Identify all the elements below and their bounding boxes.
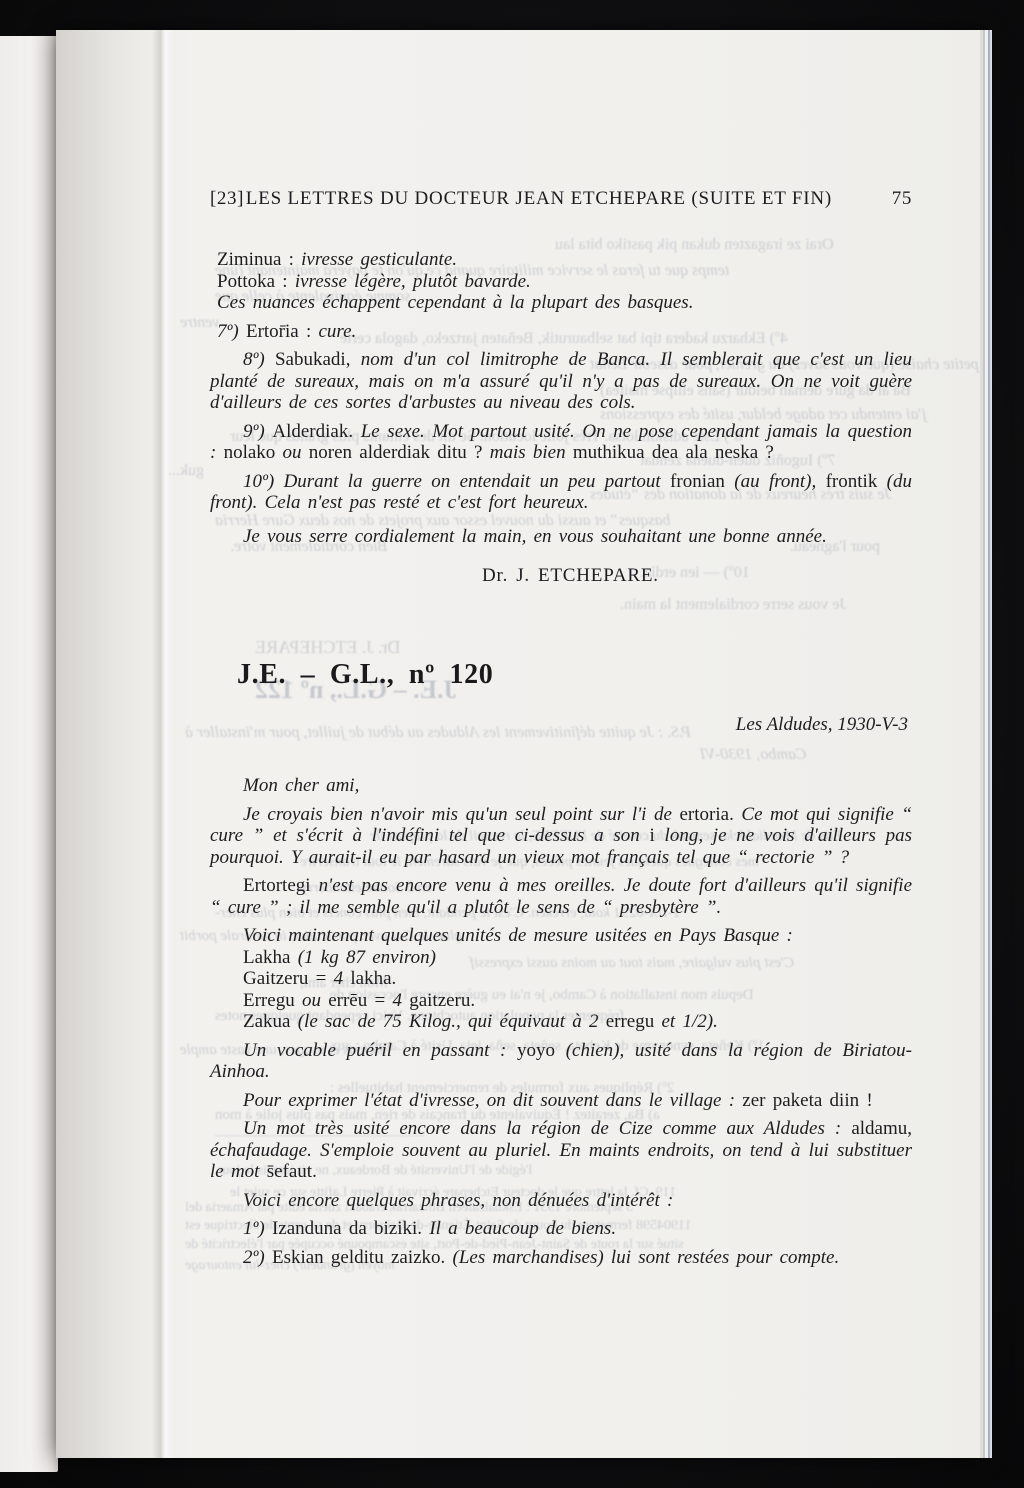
text-run: Erregu — [243, 990, 302, 1011]
signature: Dr. J. ETCHEPARE. — [210, 565, 912, 587]
text-run: Ces nuances échappent cependant à la plu… — [217, 292, 693, 313]
text-run: Izanduna da biziki. — [272, 1218, 429, 1239]
text-run: ou — [302, 990, 328, 1011]
text-run: 1º) — [243, 1218, 272, 1239]
text-run: 8º) — [243, 349, 275, 370]
text-run: cure. — [319, 321, 357, 342]
paragraph-ertortegi: Ertortegi n'est pas encore venu à mes or… — [210, 875, 912, 918]
text-run: Pottoka : — [217, 271, 295, 292]
text-run: 7º) — [217, 321, 246, 342]
measure-lakha: Lakha (1 kg 87 environ) — [210, 947, 912, 969]
text-run: (le sac de 75 Kilog., qui équivaut à 2 — [298, 1011, 606, 1032]
text-run: Je croyais bien n'avoir mis qu'un seul p… — [243, 804, 680, 825]
text-run: Je vous serre cordialement la main, en v… — [243, 526, 827, 547]
numbered-item-2: 2º) Eskian gelditu zaizko. (Les marchand… — [210, 1247, 912, 1269]
text-run: fronian — [670, 471, 734, 492]
letter-120-body: Mon cher ami,Je croyais bien n'avoir mis… — [210, 775, 912, 1268]
letter-119-end: Ziminua : ivresse gesticulante.Pottoka :… — [210, 249, 912, 587]
text-run: Zakua — [243, 1011, 298, 1032]
measure-erregu: Erregu ou errēu = 4 gaitzeru. — [210, 990, 912, 1012]
text-run: frontik — [826, 471, 887, 492]
paragraph-ivresse: Pour exprimer l'état d'ivresse, on dit s… — [210, 1090, 912, 1112]
text-run: erregu — [606, 1011, 662, 1032]
gloss-pottoka: Pottoka : ivresse légère, plutôt bavarde… — [210, 271, 912, 293]
text-run: Ertor̄ia : — [246, 321, 319, 342]
intro-measures: Voici maintenant quelques unités de mesu… — [210, 925, 912, 947]
gloss-note: Ces nuances échappent cependant à la plu… — [210, 292, 912, 314]
text-run: yoyo — [517, 1040, 566, 1061]
bleedthrough-line: guk... — [168, 462, 204, 480]
numbered-item-9: 9º) Alderdiak. Le sexe. Mot partout usit… — [210, 421, 912, 464]
paragraph-ertoria: Je croyais bien n'avoir mis qu'un seul p… — [210, 804, 912, 869]
running-head: [23] LES LETTRES DU DOCTEUR JEAN ETCHEPA… — [210, 188, 912, 210]
letter-120-dateline: Les Aldudes, 1930-V-3 — [210, 714, 912, 736]
page-number: 75 — [892, 188, 912, 210]
text-run: (1 kg 87 environ) — [298, 947, 436, 968]
page-content: [23] LES LETTRES DU DOCTEUR JEAN ETCHEPA… — [210, 30, 912, 1458]
salutation: Mon cher ami, — [210, 775, 912, 797]
page-stack-edges — [980, 30, 998, 1458]
text-run: aldamu, — [851, 1118, 912, 1139]
text-run: Lakha — [243, 947, 298, 968]
book-scan-photo: Orai ze iragazten dukan pik pastiko bita… — [0, 0, 1024, 1488]
intro-phrases: Voici encore quelques phrases, non dénué… — [210, 1190, 912, 1212]
text-run: 10º) Durant la guerre on entendait un pe… — [243, 471, 670, 492]
text-run: Eskian gelditu zaizko. — [272, 1247, 453, 1268]
text-run: Sabukadi, — [275, 349, 361, 370]
numbered-item-8: 8º) Sabukadi, nom d'un col limitrophe de… — [210, 349, 912, 414]
measure-zakua: Zakua (le sac de 75 Kilog., qui équivaut… — [210, 1011, 912, 1033]
letter-120-heading: J.E. – G.L., nº 120 — [237, 659, 493, 691]
text-run: 2º) — [243, 1247, 272, 1268]
closing-line: Je vous serre cordialement la main, en v… — [210, 526, 912, 548]
text-run: 4 — [392, 990, 402, 1011]
text-run: (Les marchandises) lui sont restées pour… — [453, 1247, 840, 1268]
text-run: et 1/2). — [662, 1011, 718, 1032]
text-run: errēu = — [328, 990, 392, 1011]
text-run: ivresse légère, plutôt bavarde. — [295, 271, 531, 292]
numbered-item-1: 1º) Izanduna da biziki. Il a beaucoup de… — [210, 1218, 912, 1240]
text-run: Alderdiak. — [272, 421, 360, 442]
text-run: nolako — [224, 442, 283, 463]
text-run: Un vocable puéril en passant : — [243, 1040, 517, 1061]
text-run: lakha. — [343, 968, 396, 989]
text-run: Voici encore quelques phrases, non dénué… — [243, 1190, 673, 1211]
numbered-item-10: 10º) Durant la guerre on entendait un pe… — [210, 471, 912, 514]
text-run: Ertortegi — [243, 875, 319, 896]
running-head-title: LES LETTRES DU DOCTEUR JEAN ETCHEPARE (S… — [244, 188, 834, 210]
text-run: ou — [283, 442, 309, 463]
text-run: muthikua dea ala neska ? — [573, 442, 774, 463]
text-run: gaitzeru. — [402, 990, 475, 1011]
text-run: ivresse gesticulante. — [301, 249, 457, 270]
text-run: Gaitzeru = — [243, 968, 334, 989]
numbered-item-7: 7º) Ertor̄ia : cure. — [210, 321, 912, 343]
measure-gaitzeru: Gaitzeru = 4 lakha. — [210, 968, 912, 990]
text-run: Il a beaucoup de biens. — [429, 1218, 616, 1239]
text-run: ertoria. — [680, 804, 742, 825]
text-run: Voici maintenant quelques unités de mesu… — [243, 925, 793, 946]
text-run: s̄efaut. — [267, 1161, 317, 1182]
gloss-ziminua: Ziminua : ivresse gesticulante. — [210, 249, 912, 271]
text-run: (au front), — [734, 471, 825, 492]
text-run: 9º) — [243, 421, 272, 442]
paragraph-aldamu: Un mot très usité encore dans la région … — [210, 1118, 912, 1183]
text-run: Mon cher ami, — [243, 775, 359, 796]
text-run: noren alderdiak ditu ? — [309, 442, 490, 463]
paragraph-yoyo: Un vocable puéril en passant : yoyo (chi… — [210, 1040, 912, 1083]
text-run: Dr. J. ETCHEPARE. — [482, 565, 659, 586]
text-run: mais bien — [490, 442, 573, 463]
text-run: Un mot très usité encore dans la région … — [243, 1118, 851, 1139]
text-run: zer paketa diin ! — [742, 1090, 872, 1111]
citation-number: [23] — [210, 188, 244, 210]
text-run: 4 — [334, 968, 344, 989]
text-run: Ziminua : — [217, 249, 301, 270]
text-run: Pour exprimer l'état d'ivresse, on dit s… — [243, 1090, 742, 1111]
